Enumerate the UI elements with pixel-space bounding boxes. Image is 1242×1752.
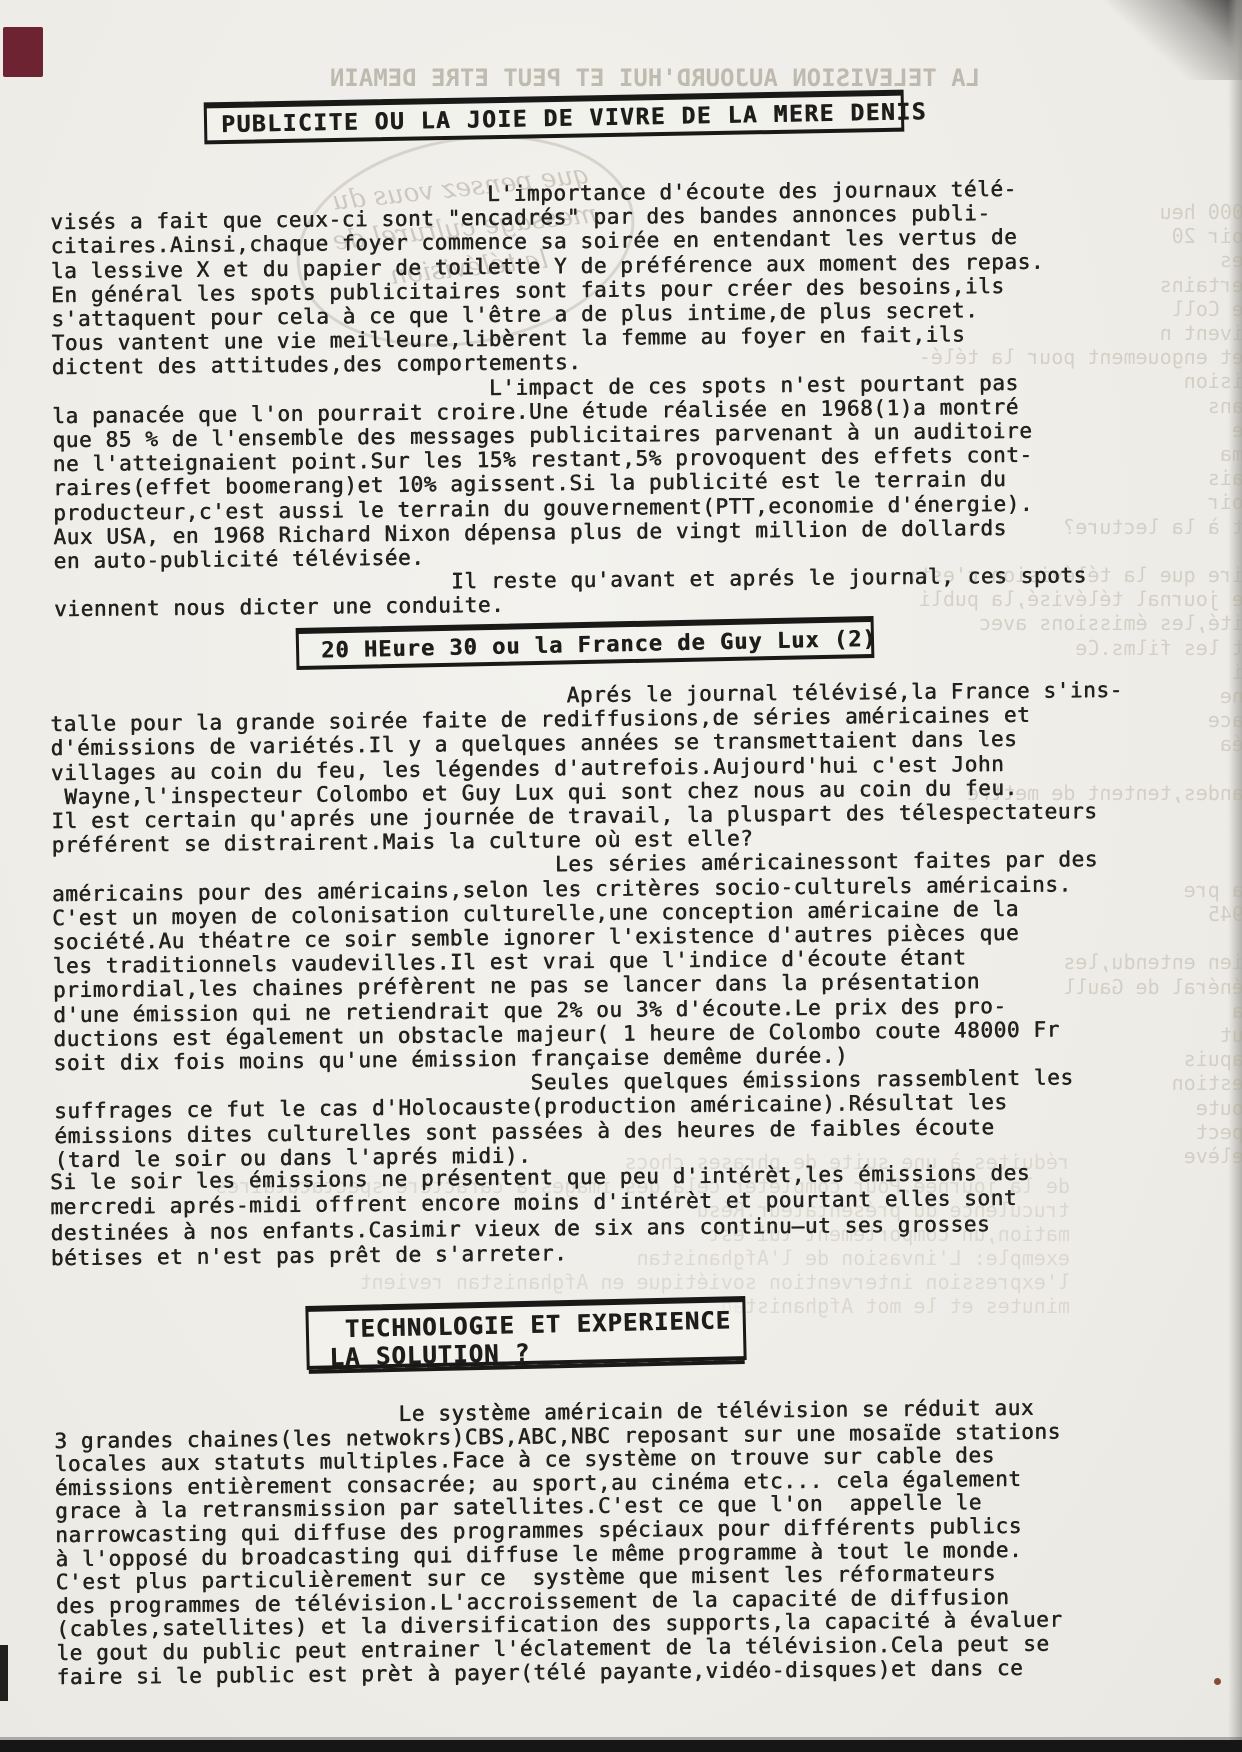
scanned-document-page: LA TELEVISION AUJOURD'HUI ET PEUT ETRE D… [0,0,1242,1752]
scan-red-mark [3,27,43,77]
scan-bottom-band [0,1740,1242,1752]
section1-body: L'importance d'écoute des journaux télé-… [50,176,1087,622]
scan-left-edge-mark [0,1645,8,1701]
section2-title-box: 20 HEure 30 ou la France de Guy Lux (2) [296,616,875,670]
section2-body-continued: Si le soir les émissions ne présentent q… [50,1161,1031,1272]
section2-title: 20 HEure 30 ou la France de Guy Lux (2) [299,622,872,664]
section3-body: Le système américain de télévision se ré… [54,1396,1063,1689]
bleedthrough-header: LA TELEVISION AUJOURD'HUI ET PEUT ETRE D… [270,64,1040,92]
scan-corner-shade [1092,0,1242,80]
section1-title: PUBLICITE OU LA JOIE DE VIVRE DE LA MERE… [207,96,901,139]
section3-title-box: TECHNOLOGIE ET EXPERIENCE LA SOLUTION ? [305,1296,746,1370]
scan-right-edge-strip [1228,0,1242,1752]
section2-body: Aprés le journal télévisé,la France s'in… [50,678,1127,1172]
scan-red-dot [1214,1678,1221,1685]
section1-title-box: PUBLICITE OU LA JOIE DE VIVRE DE LA MERE… [204,90,905,145]
